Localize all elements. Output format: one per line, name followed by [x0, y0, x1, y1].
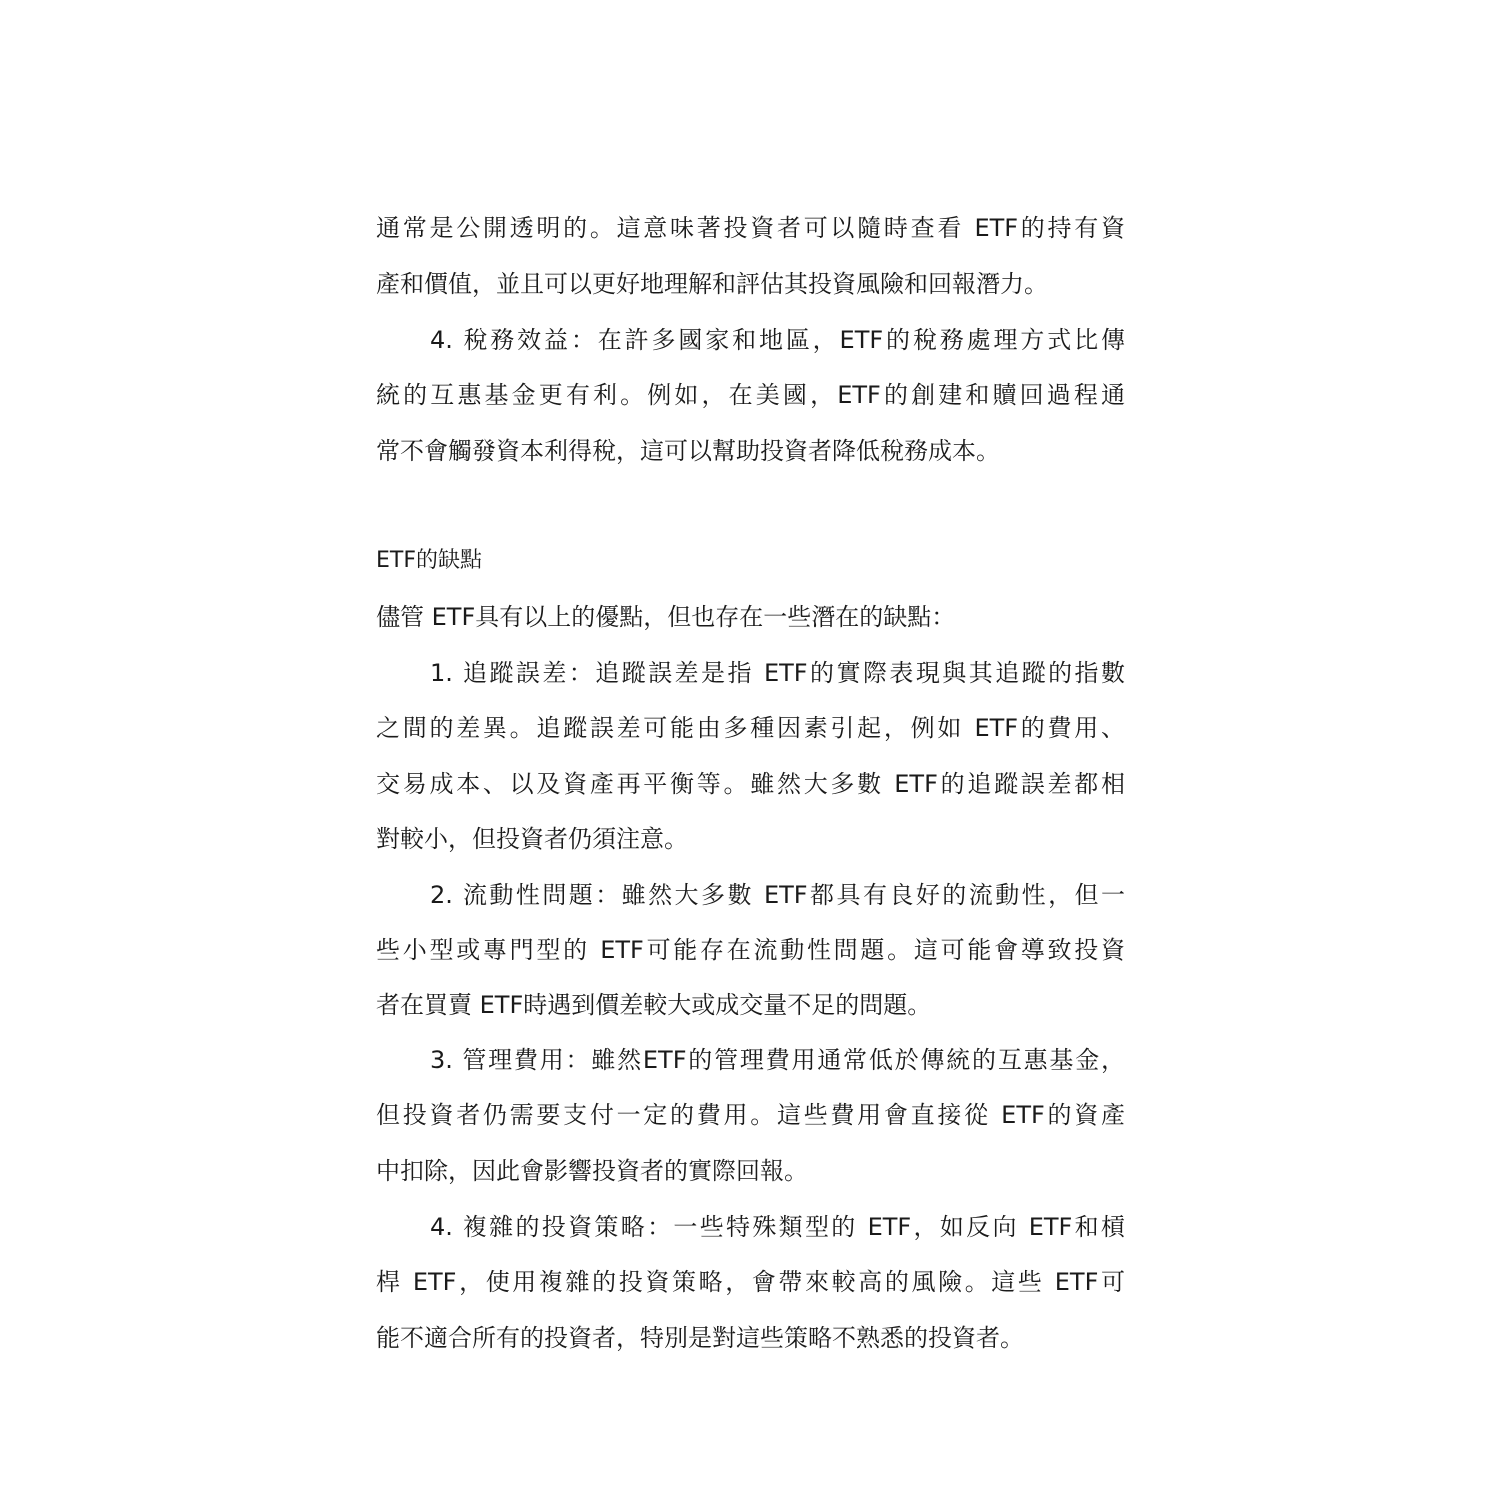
list-item-complex-strategies: 4. 複雜的投資策略：一些特殊類型的 ETF，如反向 ETF和槓	[430, 1212, 1125, 1242]
paragraph-line: 桿 ETF，使用複雜的投資策略，會帶來較高的風險。這些 ETF可	[376, 1267, 1125, 1297]
list-item-management-fees: 3. 管理費用：雖然ETF的管理費用通常低於傳統的互惠基金，	[430, 1045, 1125, 1075]
paragraph-line: 常不會觸發資本利得稅，這可以幫助投資者降低稅務成本。	[376, 436, 1125, 466]
paragraph-line: 些小型或專門型的 ETF可能存在流動性問題。這可能會導致投資	[376, 935, 1125, 965]
paragraph-line: 統的互惠基金更有利。例如，在美國，ETF的創建和贖回過程通	[376, 380, 1125, 410]
section-heading: ETF的缺點	[376, 546, 482, 576]
document-page: 通常是公開透明的。這意味著投資者可以隨時查看 ETF的持有資 產和價值，並且可以…	[0, 0, 1500, 1500]
list-item-liquidity: 2. 流動性問題：雖然大多數 ETF都具有良好的流動性，但一	[430, 880, 1125, 910]
paragraph-line: 但投資者仍需要支付一定的費用。這些費用會直接從 ETF的資產	[376, 1100, 1125, 1130]
paragraph-line: 中扣除，因此會影響投資者的實際回報。	[376, 1156, 1125, 1186]
paragraph-line: 之間的差異。追蹤誤差可能由多種因素引起，例如 ETF的費用、	[376, 713, 1125, 743]
paragraph-line: 通常是公開透明的。這意味著投資者可以隨時查看 ETF的持有資	[376, 213, 1125, 243]
section-intro: 儘管 ETF具有以上的優點，但也存在一些潛在的缺點：	[376, 602, 1125, 632]
paragraph-line: 產和價值，並且可以更好地理解和評估其投資風險和回報潛力。	[376, 269, 1125, 299]
list-item-tracking-error: 1. 追蹤誤差：追蹤誤差是指 ETF的實際表現與其追蹤的指數	[430, 658, 1125, 688]
list-item-tax-benefit: 4. 稅務效益：在許多國家和地區，ETF的稅務處理方式比傳	[430, 325, 1125, 355]
paragraph-line: 能不適合所有的投資者，特別是對這些策略不熟悉的投資者。	[376, 1323, 1125, 1353]
paragraph-line: 對較小，但投資者仍須注意。	[376, 824, 1125, 854]
paragraph-line: 交易成本、以及資產再平衡等。雖然大多數 ETF的追蹤誤差都相	[376, 769, 1125, 799]
paragraph-line: 者在買賣 ETF時遇到價差較大或成交量不足的問題。	[376, 990, 1125, 1020]
